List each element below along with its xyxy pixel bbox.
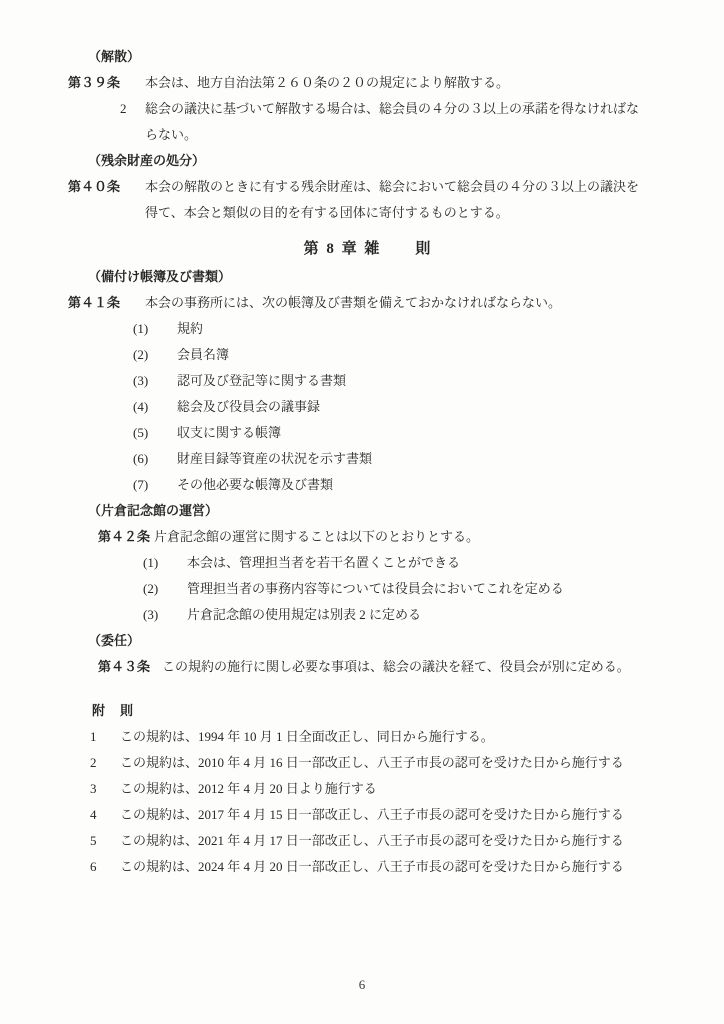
article-41-item-7-text: その他必要な帳簿及び書類: [177, 472, 668, 498]
article-41-item-3: (3) 認可及び登記等に関する書類: [133, 368, 668, 394]
article-42-item-3-text: 片倉記念館の使用規定は別表 2 に定める: [187, 602, 668, 628]
article-41-item-3-marker: (3): [133, 368, 177, 394]
article-41-item-7-marker: (7): [133, 472, 177, 498]
supplementary-provision-2-text: この規約は、2010 年 4 月 16 日一部改正し、八王子市長の認可を受けた日…: [120, 750, 668, 776]
supplementary-provision-4: 4 この規約は、2017 年 4 月 15 日一部改正し、八王子市長の認可を受け…: [90, 802, 668, 828]
article-39-paragraph-2-text: 総会の議決に基づいて解散する場合は、総会員の４分の３以上の承諾を得なければな ら…: [145, 96, 668, 148]
article-40: 第４０条 本会の解散のときに有する残余財産は、総会において総会員の４分の３以上の…: [68, 174, 668, 226]
supplementary-provision-1-text: この規約は、1994 年 10 月 1 日全面改正し、同日から施行する。: [120, 724, 668, 750]
supplementary-provision-1: 1 この規約は、1994 年 10 月 1 日全面改正し、同日から施行する。: [90, 724, 668, 750]
supplementary-provision-3-text: この規約は、2012 年 4 月 20 日より施行する: [120, 776, 668, 802]
article-41-item-4-marker: (4): [133, 394, 177, 420]
article-43: 第４３条 この規約の施行に関し必要な事項は、総会の議決を経て、役員会が別に定める…: [98, 654, 668, 680]
article-39-text: 本会は、地方自治法第２６０条の２０の規定により解散する。: [145, 70, 668, 96]
article-41-item-2-marker: (2): [133, 342, 177, 368]
supplementary-provision-2-number: 2: [90, 750, 120, 776]
section-heading-dissolution: （解散）: [88, 44, 668, 70]
article-42-item-3-marker: (3): [143, 602, 187, 628]
supplementary-provision-5: 5 この規約は、2021 年 4 月 17 日一部改正し、八王子市長の認可を受け…: [90, 828, 668, 854]
article-42-item-1: (1) 本会は、管理担当者を若干名置くことができる: [143, 550, 668, 576]
article-39-paragraph-2-number: 2: [120, 96, 145, 122]
article-42-item-1-marker: (1): [143, 550, 187, 576]
article-42: 第４２条 片倉記念館の運営に関することは以下のとおりとする。: [98, 524, 668, 550]
article-41: 第４１条 本会の事務所には、次の帳簿及び書類を備えておかなければならない。: [68, 290, 668, 316]
article-41-item-6-marker: (6): [133, 446, 177, 472]
article-41-item-3-text: 認可及び登記等に関する書類: [177, 368, 668, 394]
article-41-item-5-text: 収支に関する帳簿: [177, 420, 668, 446]
article-42-label: 第４２条: [98, 524, 154, 550]
article-40-text: 本会の解散のときに有する残余財産は、総会において総会員の４分の３以上の議決を 得…: [145, 174, 668, 226]
article-43-label: 第４３条: [98, 654, 162, 680]
article-41-item-5: (5) 収支に関する帳簿: [133, 420, 668, 446]
article-39-label: 第３９条: [68, 70, 145, 96]
supplementary-provision-2: 2 この規約は、2010 年 4 月 16 日一部改正し、八王子市長の認可を受け…: [90, 750, 668, 776]
article-41-item-4: (4) 総会及び役員会の議事録: [133, 394, 668, 420]
chapter-8-heading: 第 8 章 雑 則: [68, 236, 668, 262]
section-heading-residual-assets: （残余財産の処分）: [88, 148, 668, 174]
article-42-item-3: (3) 片倉記念館の使用規定は別表 2 に定める: [143, 602, 668, 628]
supplementary-provision-4-number: 4: [90, 802, 120, 828]
supplementary-provision-6-number: 6: [90, 854, 120, 880]
supplementary-provision-3-number: 3: [90, 776, 120, 802]
article-41-text: 本会の事務所には、次の帳簿及び書類を備えておかなければならない。: [145, 290, 668, 316]
article-41-item-1-marker: (1): [133, 316, 177, 342]
article-41-item-2: (2) 会員名簿: [133, 342, 668, 368]
supplementary-provision-5-text: この規約は、2021 年 4 月 17 日一部改正し、八王子市長の認可を受けた日…: [120, 828, 668, 854]
article-43-text: この規約の施行に関し必要な事項は、総会の議決を経て、役員会が別に定める。: [162, 654, 668, 680]
article-39-paragraph-2: 2 総会の議決に基づいて解散する場合は、総会員の４分の３以上の承諾を得なければな…: [120, 96, 668, 148]
article-42-item-2: (2) 管理担当者の事務内容等については役員会においてこれを定める: [143, 576, 668, 602]
article-41-item-5-marker: (5): [133, 420, 177, 446]
page-number: 6: [0, 972, 724, 998]
supplementary-provision-4-text: この規約は、2017 年 4 月 15 日一部改正し、八王子市長の認可を受けた日…: [120, 802, 668, 828]
article-41-item-1-text: 規約: [177, 316, 668, 342]
supplementary-provision-3: 3 この規約は、2012 年 4 月 20 日より施行する: [90, 776, 668, 802]
section-heading-delegation: （委任）: [88, 628, 668, 654]
supplementary-provision-5-number: 5: [90, 828, 120, 854]
article-39: 第３９条 本会は、地方自治法第２６０条の２０の規定により解散する。: [68, 70, 668, 96]
article-41-item-1: (1) 規約: [133, 316, 668, 342]
article-42-text: 片倉記念館の運営に関することは以下のとおりとする。: [154, 524, 668, 550]
article-40-label: 第４０条: [68, 174, 145, 200]
article-41-item-2-text: 会員名簿: [177, 342, 668, 368]
supplementary-provision-1-number: 1: [90, 724, 120, 750]
supplementary-provisions-heading: 附 則: [92, 698, 668, 724]
article-41-item-4-text: 総会及び役員会の議事録: [177, 394, 668, 420]
supplementary-provision-6-text: この規約は、2024 年 4 月 20 日一部改正し、八王子市長の認可を受けた日…: [120, 854, 668, 880]
section-heading-books: （備付け帳簿及び書類）: [88, 264, 668, 290]
article-41-item-6-text: 財産目録等資産の状況を示す書類: [177, 446, 668, 472]
article-42-item-2-marker: (2): [143, 576, 187, 602]
document-page: （解散） 第３９条 本会は、地方自治法第２６０条の２０の規定により解散する。 2…: [0, 0, 724, 1024]
supplementary-provision-6: 6 この規約は、2024 年 4 月 20 日一部改正し、八王子市長の認可を受け…: [90, 854, 668, 880]
article-41-item-7: (7) その他必要な帳簿及び書類: [133, 472, 668, 498]
article-42-item-2-text: 管理担当者の事務内容等については役員会においてこれを定める: [187, 576, 668, 602]
section-heading-katakura-hall: （片倉記念館の運営）: [88, 498, 668, 524]
article-41-item-6: (6) 財産目録等資産の状況を示す書類: [133, 446, 668, 472]
article-41-label: 第４１条: [68, 290, 145, 316]
article-42-item-1-text: 本会は、管理担当者を若干名置くことができる: [187, 550, 668, 576]
